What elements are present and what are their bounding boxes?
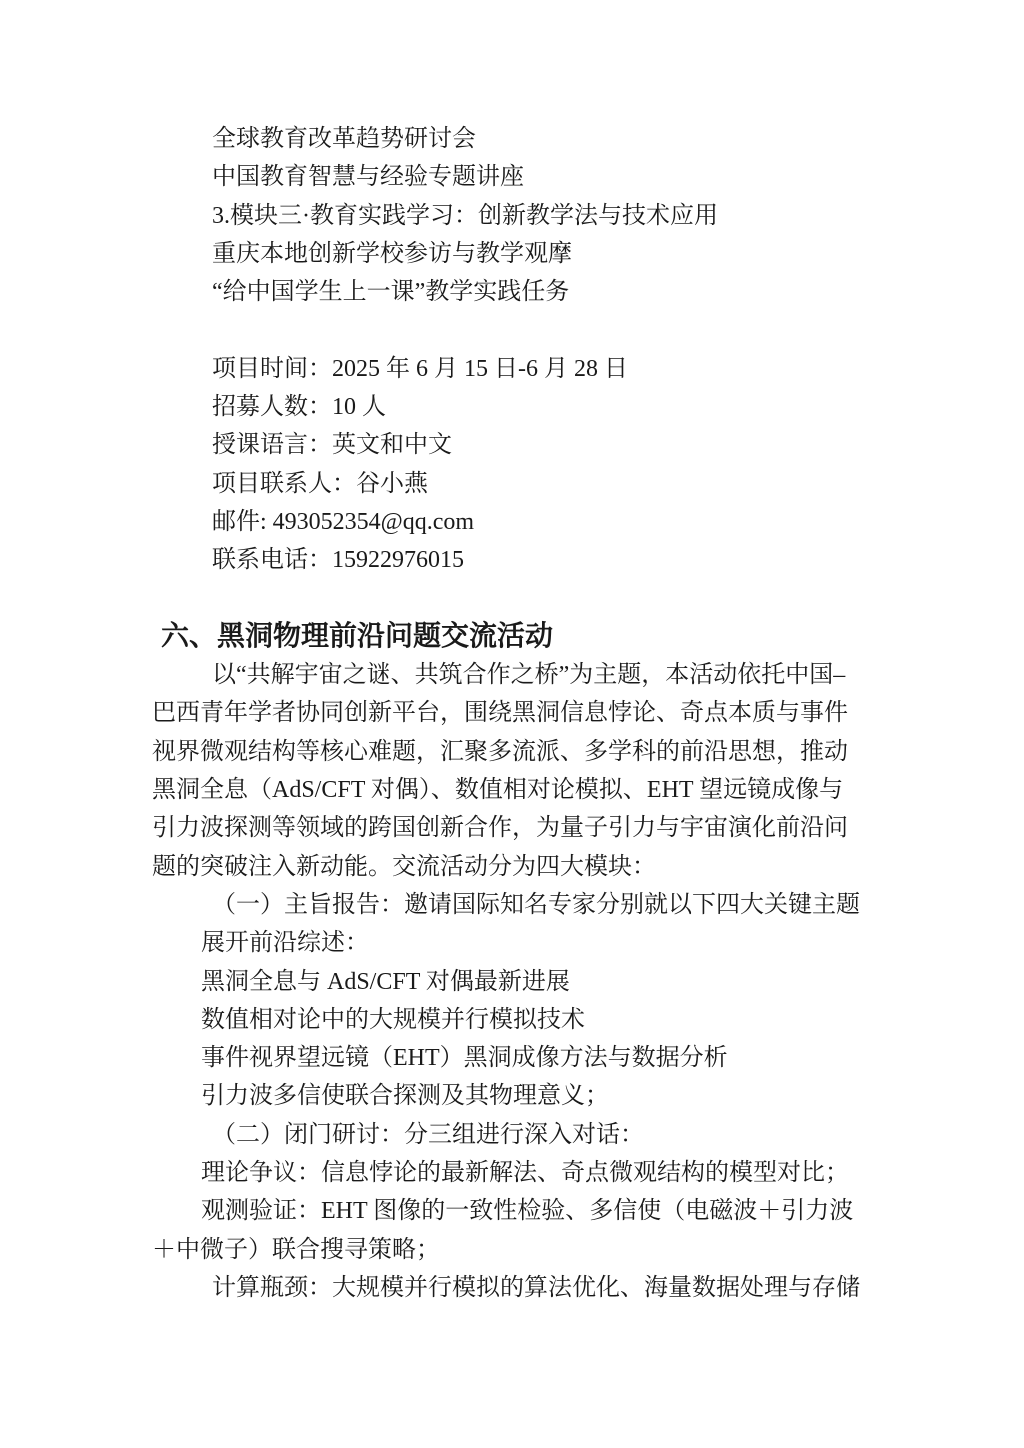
- text-line-group-observation-cont: ＋中微子）联合搜寻策略；: [152, 1231, 864, 1269]
- text-line-outline-4: 重庆本地创新学校参访与教学观摩: [152, 235, 864, 273]
- text-line-topic-2: 数值相对论中的大规模并行模拟技术: [152, 1001, 864, 1039]
- text-line-module2-title: （二）闭门研讨：分三组进行深入对话：: [152, 1116, 864, 1154]
- text-line-intro-2: 巴西青年学者协同创新平台，围绕黑洞信息悖论、奇点本质与事件: [152, 694, 864, 732]
- text-line-topic-4: 引力波多信使联合探测及其物理意义；: [152, 1077, 864, 1115]
- text-line-intro-4: 黑洞全息（AdS/CFT 对偶）、数值相对论模拟、EHT 望远镜成像与: [152, 771, 864, 809]
- text-line-intro-5: 引力波探测等领域的跨国创新合作，为量子引力与宇宙演化前沿问: [152, 809, 864, 847]
- text-line-recruit-count: 招募人数：10 人: [152, 388, 864, 426]
- text-line-intro-3: 视界微观结构等核心难题，汇聚多流派、多学科的前沿思想，推动: [152, 733, 864, 771]
- text-line-intro-1: 以“共解宇宙之谜、共筑合作之桥”为主题，本活动依托中国–: [152, 656, 864, 694]
- text-line-contact-person: 项目联系人：谷小燕: [152, 465, 864, 503]
- text-line-topic-3: 事件视界望远镜（EHT）黑洞成像方法与数据分析: [152, 1039, 864, 1077]
- text-line-phone: 联系电话：15922976015: [152, 541, 864, 579]
- text-line-project-dates: 项目时间：2025 年 6 月 15 日-6 月 28 日: [152, 350, 864, 388]
- text-line-topic-1: 黑洞全息与 AdS/CFT 对偶最新进展: [152, 963, 864, 1001]
- blank-line: [152, 311, 864, 349]
- blank-line: [152, 580, 864, 618]
- text-line-group-computation: 计算瓶颈：大规模并行模拟的算法优化、海量数据处理与存储: [152, 1269, 864, 1307]
- section-heading: 六、黑洞物理前沿问题交流活动: [152, 618, 864, 656]
- document-page: 全球教育改革趋势研讨会 中国教育智慧与经验专题讲座 3.模块三·教育实践学习：创…: [0, 0, 1024, 1448]
- text-line-language: 授课语言：英文和中文: [152, 426, 864, 464]
- text-line-outline-5: “给中国学生上一课”教学实践任务: [152, 273, 864, 311]
- text-line-outline-3: 3.模块三·教育实践学习：创新教学法与技术应用: [152, 197, 864, 235]
- text-line-email: 邮件: 493052354@qq.com: [152, 503, 864, 541]
- text-line-module1-sub: 展开前沿综述：: [152, 924, 864, 962]
- text-line-outline-2: 中国教育智慧与经验专题讲座: [152, 158, 864, 196]
- text-line-module1-title: （一）主旨报告：邀请国际知名专家分别就以下四大关键主题: [152, 886, 864, 924]
- text-line-group-theory: 理论争议：信息悖论的最新解法、奇点微观结构的模型对比；: [152, 1154, 864, 1192]
- text-line-group-observation: 观测验证：EHT 图像的一致性检验、多信使（电磁波＋引力波: [152, 1192, 864, 1230]
- text-line-outline-1: 全球教育改革趋势研讨会: [152, 120, 864, 158]
- text-line-intro-6: 题的突破注入新动能。交流活动分为四大模块：: [152, 848, 864, 886]
